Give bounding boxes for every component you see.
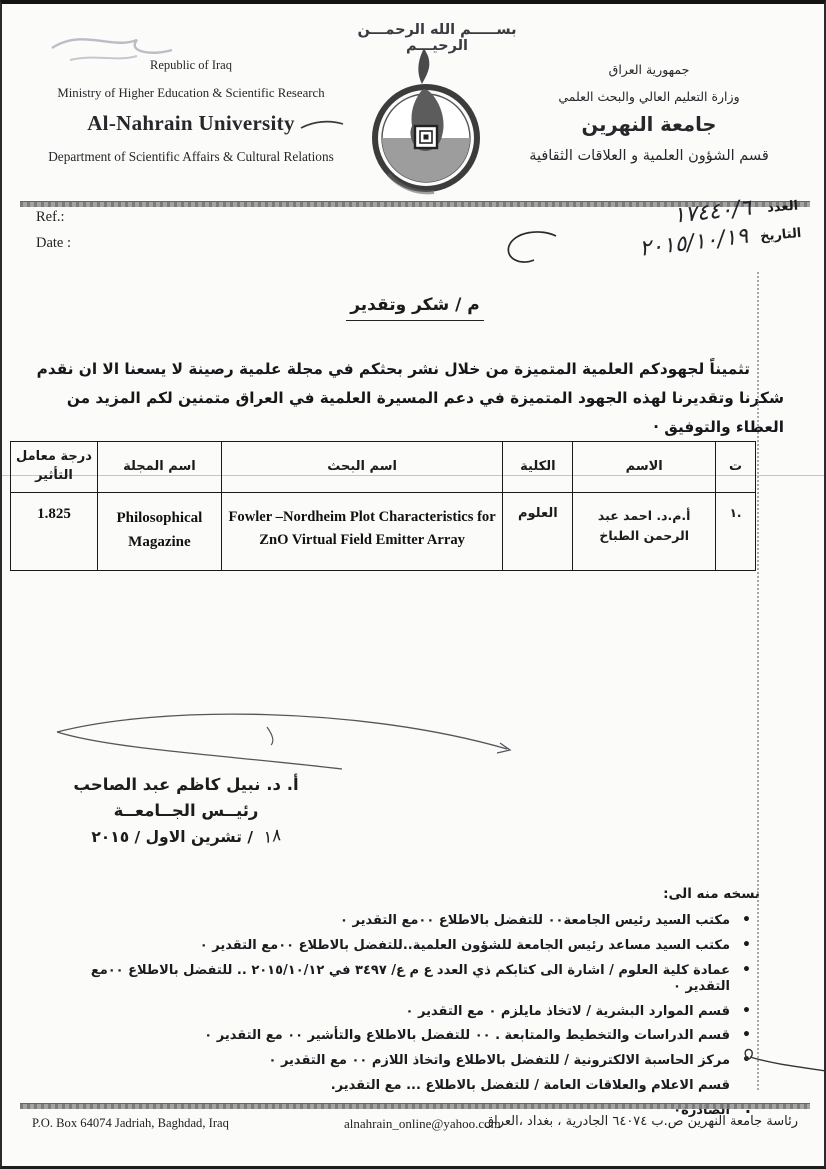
col-header-name: الاسم — [573, 442, 716, 493]
signature-date-line: ١٨ / تشرين الاول / ٢٠١٥ — [30, 827, 342, 847]
cell-research-title: Fowler –Nordheim Plot Characteristics fo… — [221, 493, 503, 571]
col-header-journal: اسم المجلة — [97, 442, 221, 493]
university-name-ar: جامعة النهرين — [488, 113, 810, 136]
cell-journal-name: Philosophical Magazine — [97, 493, 221, 571]
letterhead-english: Republic of Iraq Ministry of Higher Educ… — [24, 58, 358, 165]
table-row: ١. أ.م.د. احمد عبد الرحمن الطباخ العلوم … — [11, 493, 756, 571]
handwritten-document-date: ٢٠١٥/١٠/١٩ — [638, 224, 750, 262]
copy-item-assistant-president-office: مكتب السيد مساعد رئيس الجامعة للشؤون الع… — [60, 938, 760, 954]
letter-body-paragraph: تثميناً لجهودكم العلمية المتميزة من خلال… — [32, 355, 784, 442]
signature-date-text: / تشرين الاول / ٢٠١٥ — [91, 828, 253, 846]
date-label: Date : — [36, 235, 71, 252]
handwritten-dash-mark — [298, 116, 346, 134]
copy-item-president-office: مكتب السيد رئيس الجامعة٠٠ للتفضل بالاطلا… — [60, 913, 760, 929]
copies-distribution-list: نسخه منه الى: مكتب السيد رئيس الجامعة٠٠ … — [60, 886, 760, 1127]
subject-line-wrap: م / شكر وتقدير — [2, 295, 826, 321]
document-date-line: التاريخ ٢٠١٥/١٠/١٩ — [639, 221, 803, 260]
ministry-name-ar: وزارة التعليم العالي والبحث العلمي — [488, 89, 810, 104]
subject-line: م / شكر وتقدير — [346, 295, 484, 321]
col-header-impact-factor: درجة معامل التأثير — [11, 442, 98, 493]
handwritten-signature — [42, 697, 552, 783]
footer-divider-line — [20, 1103, 810, 1109]
ref-label: Ref.: — [36, 209, 65, 226]
footer-pobox-address: P.O. Box 64074 Jadriah, Baghdad, Iraq — [32, 1116, 229, 1131]
signatory-title: رئيــس الجــامعــة — [30, 801, 342, 820]
department-name-en: Department of Scientific Affairs & Cultu… — [24, 149, 358, 165]
copies-heading: نسخه منه الى: — [60, 886, 760, 902]
footer-email: alnahrain_online@yahoo.com — [344, 1116, 501, 1132]
number-label-arabic: العدد — [767, 199, 799, 216]
copy-item-computer-center: مركز الحاسبة الالكترونية / للتفضل بالاطل… — [60, 1053, 760, 1069]
col-header-no: ت — [716, 442, 756, 493]
cell-college: العلوم — [503, 493, 573, 571]
col-header-college: الكلية — [503, 442, 573, 493]
handwritten-meem-flourish — [500, 224, 562, 272]
date-label-arabic: التاريخ — [760, 226, 802, 245]
university-emblem-logo — [368, 46, 486, 202]
country-name-ar: جمهورية العراق — [488, 62, 810, 77]
ministry-name-en: Ministry of Higher Education & Scientifi… — [24, 86, 358, 101]
letterhead-arabic: جمهورية العراق وزارة التعليم العالي والب… — [488, 62, 810, 164]
footer-arabic-address: رئاسة جامعة النهرين ص.ب ٦٤٠٧٤ الجادرية ،… — [484, 1114, 798, 1129]
table-header-row: ت الاسم الكلية اسم البحث اسم المجلة درجة… — [11, 442, 756, 493]
cell-impact-factor: 1.825 — [11, 493, 98, 571]
publication-table: ت الاسم الكلية اسم البحث اسم المجلة درجة… — [10, 441, 756, 571]
copy-item-science-college-deanship: عمادة كلية العلوم / اشارة الى كتابكم ذي … — [60, 963, 760, 996]
handwritten-day-number: ١٨ — [261, 825, 283, 848]
scanned-letter-page: بســـــم الله الرحمـــن الرحيـــم Republ… — [0, 0, 826, 1169]
department-name-ar: قسم الشؤون العلمية و العلاقات الثقافية — [488, 148, 810, 164]
signatory-name: أ. د. نبيل كاظم عبد الصاحب — [30, 775, 342, 794]
country-name-en: Republic of Iraq — [24, 58, 358, 73]
col-header-research: اسم البحث — [221, 442, 503, 493]
copy-item-studies-planning: قسم الدراسات والتخطيط والمتابعة . ٠٠ للت… — [60, 1028, 760, 1044]
page-perforation-dotted-line — [757, 272, 759, 1090]
cell-author-name: أ.م.د. احمد عبد الرحمن الطباخ — [573, 493, 716, 571]
copy-item-media-relations: قسم الاعلام والعلاقات العامة / للتفضل با… — [60, 1078, 760, 1094]
handwritten-check-flourish — [738, 1044, 826, 1074]
cell-row-number: ١. — [716, 493, 756, 571]
copy-item-human-resources: قسم الموارد البشرية / لاتخاذ مايلزم ٠ مع… — [60, 1004, 760, 1020]
